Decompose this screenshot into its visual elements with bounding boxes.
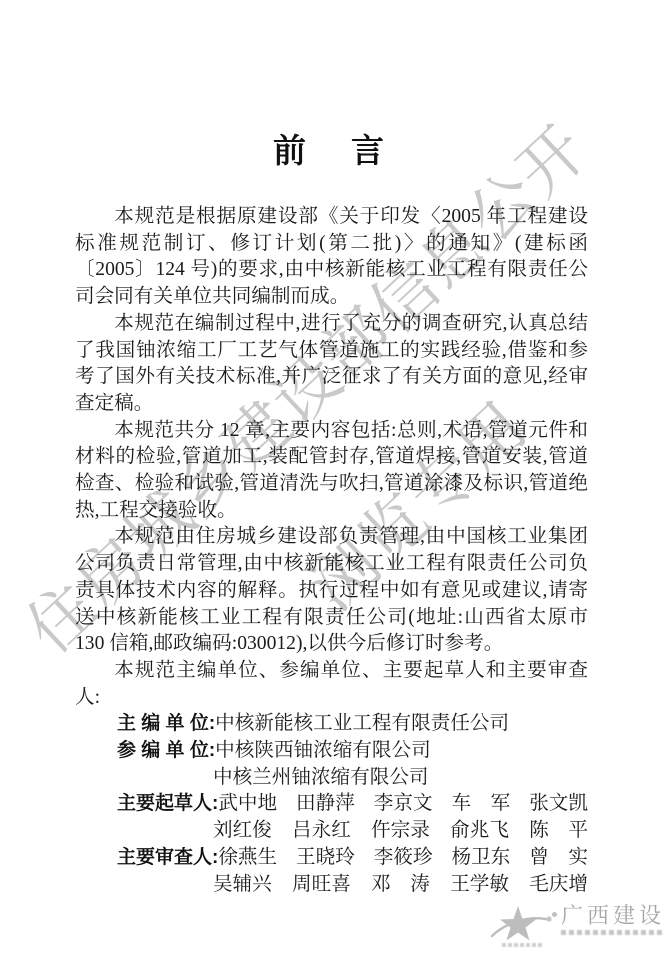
person-name: 张文凯	[529, 791, 588, 818]
person-name: 周旺喜	[292, 872, 351, 899]
person-name: 吴辅兴	[213, 872, 272, 899]
credit-label-empty	[75, 818, 213, 845]
credit-value: 刘红俊 吕永红 仵宗录 俞兆飞 陈 平	[213, 818, 588, 845]
page-title: 前 言	[0, 130, 663, 171]
person-name: 毛庆增	[529, 872, 588, 899]
logo-text-block: 广西建设网	[561, 900, 663, 935]
credit-row-drafters-cont: 刘红俊 吕永红 仵宗录 俞兆飞 陈 平	[75, 818, 588, 845]
credit-value: 中核兰州铀浓缩有限公司	[213, 765, 588, 792]
foreword-paragraph-1: 本规范是根据原建设部《关于印发〈2005 年工程建设标准规范制订、修订计划(第二…	[75, 204, 588, 311]
logo-dot-icon	[552, 912, 557, 917]
credit-value: 中核新能核工业工程有限责任公司	[215, 711, 588, 738]
credit-label: 主 编 单 位:	[75, 711, 215, 738]
person-name: 武中地	[218, 791, 277, 818]
credit-value: 徐燕生 王晓玲 李筱珍 杨卫东 曾 实	[218, 845, 588, 872]
person-name: 李京文	[374, 791, 433, 818]
logo-site-name: 广西建设网	[561, 904, 663, 928]
person-name: 邓 涛	[371, 872, 430, 899]
person-name: 俞兆飞	[450, 818, 509, 845]
credit-value: 吴辅兴 周旺喜 邓 涛 王学敏 毛庆增	[213, 872, 588, 899]
foreword-paragraph-5: 本规范主编单位、参编单位、主要起草人和主要审查人:	[75, 658, 588, 711]
person-name: 仵宗录	[371, 818, 430, 845]
person-name: 吕永红	[292, 818, 351, 845]
person-name: 曾 实	[529, 845, 588, 872]
credits-section: 主 编 单 位: 中核新能核工业工程有限责任公司 参 编 单 位: 中核陕西铀浓…	[75, 711, 588, 898]
foreword-paragraph-3: 本规范共分 12 章,主要内容包括:总则,术语,管道元件和材料的检验,管道加工,…	[75, 418, 588, 525]
foreword-paragraph-4: 本规范由住房城乡建设部负责管理,由中国核工业集团公司负责日常管理,由中核新能核工…	[75, 524, 588, 658]
person-name: 王晓玲	[296, 845, 355, 872]
person-name: 陈 平	[529, 818, 588, 845]
logo-tagline-text	[561, 930, 663, 935]
credit-row-drafters: 主要起草人: 武中地 田静萍 李京文 车 军 张文凯	[75, 791, 588, 818]
foreword-body: 本规范是根据原建设部《关于印发〈2005 年工程建设标准规范制订、修订计划(第二…	[75, 204, 588, 898]
credit-value: 中核陕西铀浓缩有限公司	[215, 738, 588, 765]
person-name: 刘红俊	[213, 818, 272, 845]
credit-label-empty	[75, 765, 213, 792]
person-name: 车 军	[451, 791, 510, 818]
credit-row-co-editors: 参 编 单 位: 中核陕西铀浓缩有限公司	[75, 738, 588, 765]
document-page: 住房城乡建设部信息公开 浏览专用 前 言 本规范是根据原建设部《关于印发〈200…	[0, 0, 663, 956]
credit-label: 主要审查人:	[75, 845, 218, 872]
person-name: 李筱珍	[374, 845, 433, 872]
foreword-paragraph-2: 本规范在编制过程中,进行了充分的调查研究,认真总结了我国铀浓缩工厂工艺气体管道施…	[75, 311, 588, 418]
star-swoosh-icon	[488, 900, 552, 950]
star-caption-text	[502, 943, 542, 947]
person-name: 徐燕生	[218, 845, 277, 872]
credit-row-co-editors-cont: 中核兰州铀浓缩有限公司	[75, 765, 588, 792]
credit-label: 参 编 单 位:	[75, 738, 215, 765]
person-name: 田静萍	[296, 791, 355, 818]
person-name: 杨卫东	[451, 845, 510, 872]
credit-label-empty	[75, 872, 213, 899]
credit-row-reviewers: 主要审查人: 徐燕生 王晓玲 李筱珍 杨卫东 曾 实	[75, 845, 588, 872]
person-name: 王学敏	[450, 872, 509, 899]
credit-row-chief-editor: 主 编 单 位: 中核新能核工业工程有限责任公司	[75, 711, 588, 738]
gx-construction-logo: 广西建设网	[488, 900, 663, 952]
credit-value: 武中地 田静萍 李京文 车 军 张文凯	[218, 791, 588, 818]
credit-label: 主要起草人:	[75, 791, 218, 818]
credit-row-reviewers-cont: 吴辅兴 周旺喜 邓 涛 王学敏 毛庆增	[75, 872, 588, 899]
